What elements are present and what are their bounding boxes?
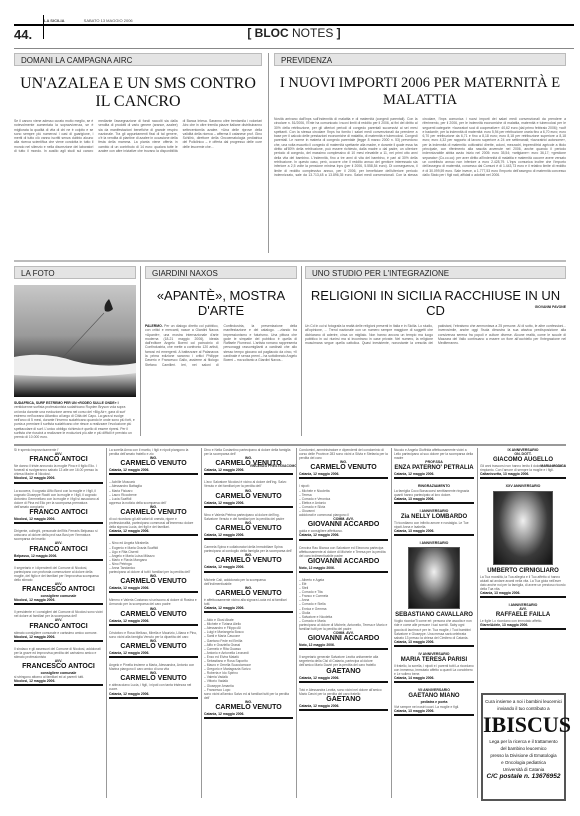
deceased-name: SEBASTIANO CAVALLARO: [394, 611, 474, 619]
deceased-name: GAETANO MIANO: [394, 692, 474, 700]
obituary-notice: – Nino ed Angela Mirabella – Eugenio e M…: [109, 541, 198, 595]
obituary-column-1: Si è spento improvvisamente l' AVV. FRAN…: [14, 448, 103, 808]
obituary-notice: Il segretario generale Salvatore Leotta …: [299, 655, 388, 684]
masthead: LA SICILIA SABATO 13 MAGGIO 2006 44. [ B…: [14, 14, 574, 50]
deceased-name: CARMELO VENUTO: [204, 525, 293, 533]
deceased-name: CARMELO VENUTO: [109, 460, 198, 468]
deceased-name: GAETANO: [299, 668, 388, 676]
obituary-notice: Il sindaco e gli assessori del Comune di…: [14, 647, 103, 689]
ad-brand: IBISCUS: [483, 712, 564, 738]
section-separator: [14, 444, 566, 446]
article-headline: I NUOVI IMPORTI 2006 PER MATERNITÀ E MAL…: [274, 75, 566, 109]
deceased-name: CARMELO VENUTO: [109, 611, 198, 619]
obituary-notice: Angelo e Pinella insieme a Maria, Alessa…: [109, 663, 198, 701]
obituary-notice: Carmela Spina e collaboratori della Immo…: [204, 545, 293, 574]
deceased-name: CARMELO VENUTO: [204, 460, 293, 468]
column-divider: [391, 448, 392, 798]
deceased-name: CARMELO VENUTO: [204, 704, 293, 712]
deceased-name: CARMELO VENUTO: [204, 493, 293, 501]
deceased-name: GIOVANNI ACCARDO: [299, 635, 388, 643]
anniversary-notice: IV ANNIVERSARIO MARIA TERESA PARISI Il f…: [394, 652, 474, 685]
deceased-name: GIACOMO AUGELLO: [480, 456, 566, 464]
obituary-notice: Nino e Valeria Petrina partecipano al do…: [204, 513, 293, 542]
surfer-photo: [14, 285, 136, 397]
deceased-name: ENZA PATERNO' PETRALIA: [394, 464, 474, 472]
deceased-name: RAFFAELE FAILLA: [480, 611, 566, 619]
obituary-notice: Cristoforo e Rosa Melluso, Mirella e Mau…: [109, 631, 198, 660]
masthead-bottom-rule: [14, 48, 574, 49]
photo-section: LA FOTO SUDAFRICA, SURF ESTREMO PER UN «…: [14, 266, 136, 440]
ad-line: presso la Divisione di Ematologia: [483, 752, 564, 759]
obituary-notice: – Aldo e Giusi Abate – Michele e Tiziana…: [204, 618, 293, 721]
ad-line: inviando il tuo contributo a: [483, 705, 564, 712]
obituary-notice: Il segretario e i dipendenti del Comune …: [14, 566, 103, 608]
anniversary-notice: IX ANNIVERSARIO ON. DOTT. GIACOMO AUGELL…: [480, 448, 566, 481]
article-kicker: GIARDINI NAXOS: [145, 266, 297, 279]
obituary-notice: – Alberto e Agata – Elè – Steli – Corrad…: [299, 578, 388, 652]
article-headline: UN'AZALEA E UN SMS CONTRO IL CANCRO: [14, 75, 262, 111]
article-naxos: GIARDINI NAXOS «APANTÈ», MOSTRA D'ARTE P…: [145, 266, 297, 468]
deceased-name: MARIA TERESA PARISI: [394, 656, 474, 664]
deceased-name: FRANCO ANTOCI: [14, 509, 103, 517]
deceased-name: FRANCO ANTOCI: [14, 546, 103, 554]
deceased-name: FRANCO ANTOCI: [14, 623, 103, 631]
article-body: Un Cd in cui si fotografa la realtà dell…: [305, 324, 566, 464]
obituary-notice: Cencina Rau Bianca con Salvatore ed Eleo…: [299, 546, 388, 575]
obituary-notice: Dino e Nella Costantino partecipano al d…: [204, 448, 293, 477]
ad-line: Lega per la ricerca e il trattamento: [483, 738, 564, 745]
section-title-rest: NOTES: [289, 26, 334, 40]
deceased-name: UMBERTO CIRNIGLIARO: [480, 567, 566, 575]
obituary-notice: – Achille Muscarà – Alessandro Battaglia…: [109, 480, 198, 538]
deceased-name: Zia NELLY LOMBARDO: [394, 513, 474, 521]
article-body: PALERMO. Per un dialogo diretto col pubb…: [145, 324, 297, 464]
deceased-name: GIOVANNI ACCARDO: [299, 521, 388, 529]
anniversary-notice: I ANNIVERSARIO AVV. RAFFAELE FAILLA Le f…: [480, 603, 566, 632]
portrait-photo: [493, 491, 553, 565]
obituary-notice: L'avv. Salvatore Nicolosi è vicino al do…: [204, 480, 293, 509]
deceased-name: CARMELO VENUTO: [204, 557, 293, 565]
ibiscus-ad: Cura insieme a noi i bambini leucemici i…: [481, 693, 566, 801]
column-divider: [477, 448, 478, 798]
deceased-name: CARMELO VENUTO: [109, 578, 198, 586]
column-divider: [106, 448, 107, 798]
deceased-name: CARMELO VENUTO: [109, 675, 198, 683]
obituary-notice: La sorella Anna con il marito, i figli e…: [109, 448, 198, 477]
deceased-name: CARMELO VENUTO: [109, 643, 198, 651]
ad-account-number: C/C postale n. 13676952: [483, 773, 564, 780]
obituary-notice: I nipoti: – Michele e Nicoletta – Teresa…: [299, 484, 388, 542]
article-headline: RELIGIONI IN SICILIA RACCHIUSE IN UN CD: [305, 288, 566, 318]
ad-line: Università di Catania: [483, 766, 564, 773]
anniversary-notice: XXV ANNIVERSARIO UMBERTO CIRNIGLIARO La …: [480, 484, 566, 600]
article-kicker: UNO STUDIO PER L'INTEGRAZIONE: [305, 266, 566, 279]
column-divider: [201, 448, 202, 798]
obituary-column-2: La sorella Anna con il marito, i figli e…: [109, 448, 198, 808]
article-headline: «APANTÈ», MOSTRA D'ARTE: [145, 288, 297, 318]
anniversary-notice: I ANNIVERSARIO SEBASTIANO CAVALLARO Vogl…: [394, 541, 474, 649]
anniversary-notice: I ANNIVERSARIO Zia NELLY LOMBARDO Ti ric…: [394, 509, 474, 538]
obituary-column-5: Nuccio e Angela Giuffrida affettuosament…: [394, 448, 474, 808]
column-divider: [268, 53, 269, 253]
obituary-column-4: Condomini, amministratore e dipendenti d…: [299, 448, 388, 808]
obituary-notice: La suocera, il cognato Alfio Boroi con l…: [14, 489, 103, 527]
deceased-name: CARMELO VENUTO: [299, 464, 388, 472]
ad-line: Cura insieme a noi i bambini leucemici: [483, 698, 564, 705]
article-kicker: DOMANI LA CAMPAGNA AIRC: [14, 53, 262, 66]
deceased-name: FRANCESCO ANTOCI: [14, 663, 103, 671]
obituary-notice: Michele Calì, addolorato per la scompars…: [204, 578, 293, 616]
ad-line: e Oncologia pediatrica: [483, 759, 564, 766]
article-kicker: PREVIDENZA: [274, 53, 566, 66]
deceased-name: FRANCO ANTOCI: [14, 456, 103, 464]
obituary-notice: Si è spento improvvisamente l' AVV. FRAN…: [14, 448, 103, 486]
obituary-notice: Mimmo e Valeria Costanzo si uniscono al …: [109, 598, 198, 627]
anniversary-notice: VII ANNIVERSARIO GAETANO MIANO pediatra …: [394, 688, 474, 717]
column-divider: [301, 266, 302, 436]
section-title: [ BLOC NOTES ]: [214, 26, 374, 40]
surfer-kite-icon: [14, 285, 136, 397]
photo-kicker: LA FOTO: [14, 266, 136, 279]
deceased-name: CARMELO VENUTO: [204, 590, 293, 598]
obituary-column-6: IX ANNIVERSARIO ON. DOTT. GIACOMO AUGELL…: [480, 448, 566, 688]
section-separator: [14, 260, 566, 262]
obituary-notice: Totò e Alessandra Leotta, sono vicini ne…: [299, 688, 388, 713]
masthead-top: LA SICILIA SABATO 13 MAGGIO 2006: [44, 18, 133, 23]
obituary-column-3: Dino e Nella Costantino partecipano al d…: [204, 448, 293, 808]
deceased-name: CARMELO VENUTO: [109, 509, 198, 517]
obituary-notice: Dirigente, colleghi, personale dell'Itis…: [14, 529, 103, 562]
issue-date: SABATO 13 MAGGIO 2006: [84, 18, 133, 23]
article-religioni: UNO STUDIO PER L'INTEGRAZIONE RELIGIONI …: [305, 266, 566, 468]
ad-line: del bambino leucemico: [483, 745, 564, 752]
newspaper-name: LA SICILIA: [44, 18, 65, 23]
deceased-name: GAETANO: [299, 696, 388, 704]
thanks-notice: RINGRAZIAMENTO La famiglia Coco Bonaccor…: [394, 484, 474, 505]
page-number: 44.: [14, 27, 32, 42]
deceased-name: FRANCESCO ANTOCI: [14, 586, 103, 594]
deceased-name: GIOVANNI ACCARDO: [299, 558, 388, 566]
obituary-notice: Condomini, amministratore e dipendenti d…: [299, 448, 388, 481]
obituary-notice: Nuccio e Angela Giuffrida affettuosament…: [394, 448, 474, 481]
page-number-divider: [43, 15, 44, 39]
obituary-notice: Il presidente e i consiglieri del Comune…: [14, 610, 103, 643]
column-divider: [140, 266, 141, 436]
column-divider: [296, 448, 297, 798]
photo-caption: SUDAFRICA, SURF ESTREMO PER UN «RODEO SU…: [14, 401, 136, 440]
caption-body: Il ventiduenne surfista professionista s…: [14, 401, 135, 439]
portrait-photo: [408, 547, 460, 609]
section-title-bold: BLOC: [255, 26, 289, 40]
